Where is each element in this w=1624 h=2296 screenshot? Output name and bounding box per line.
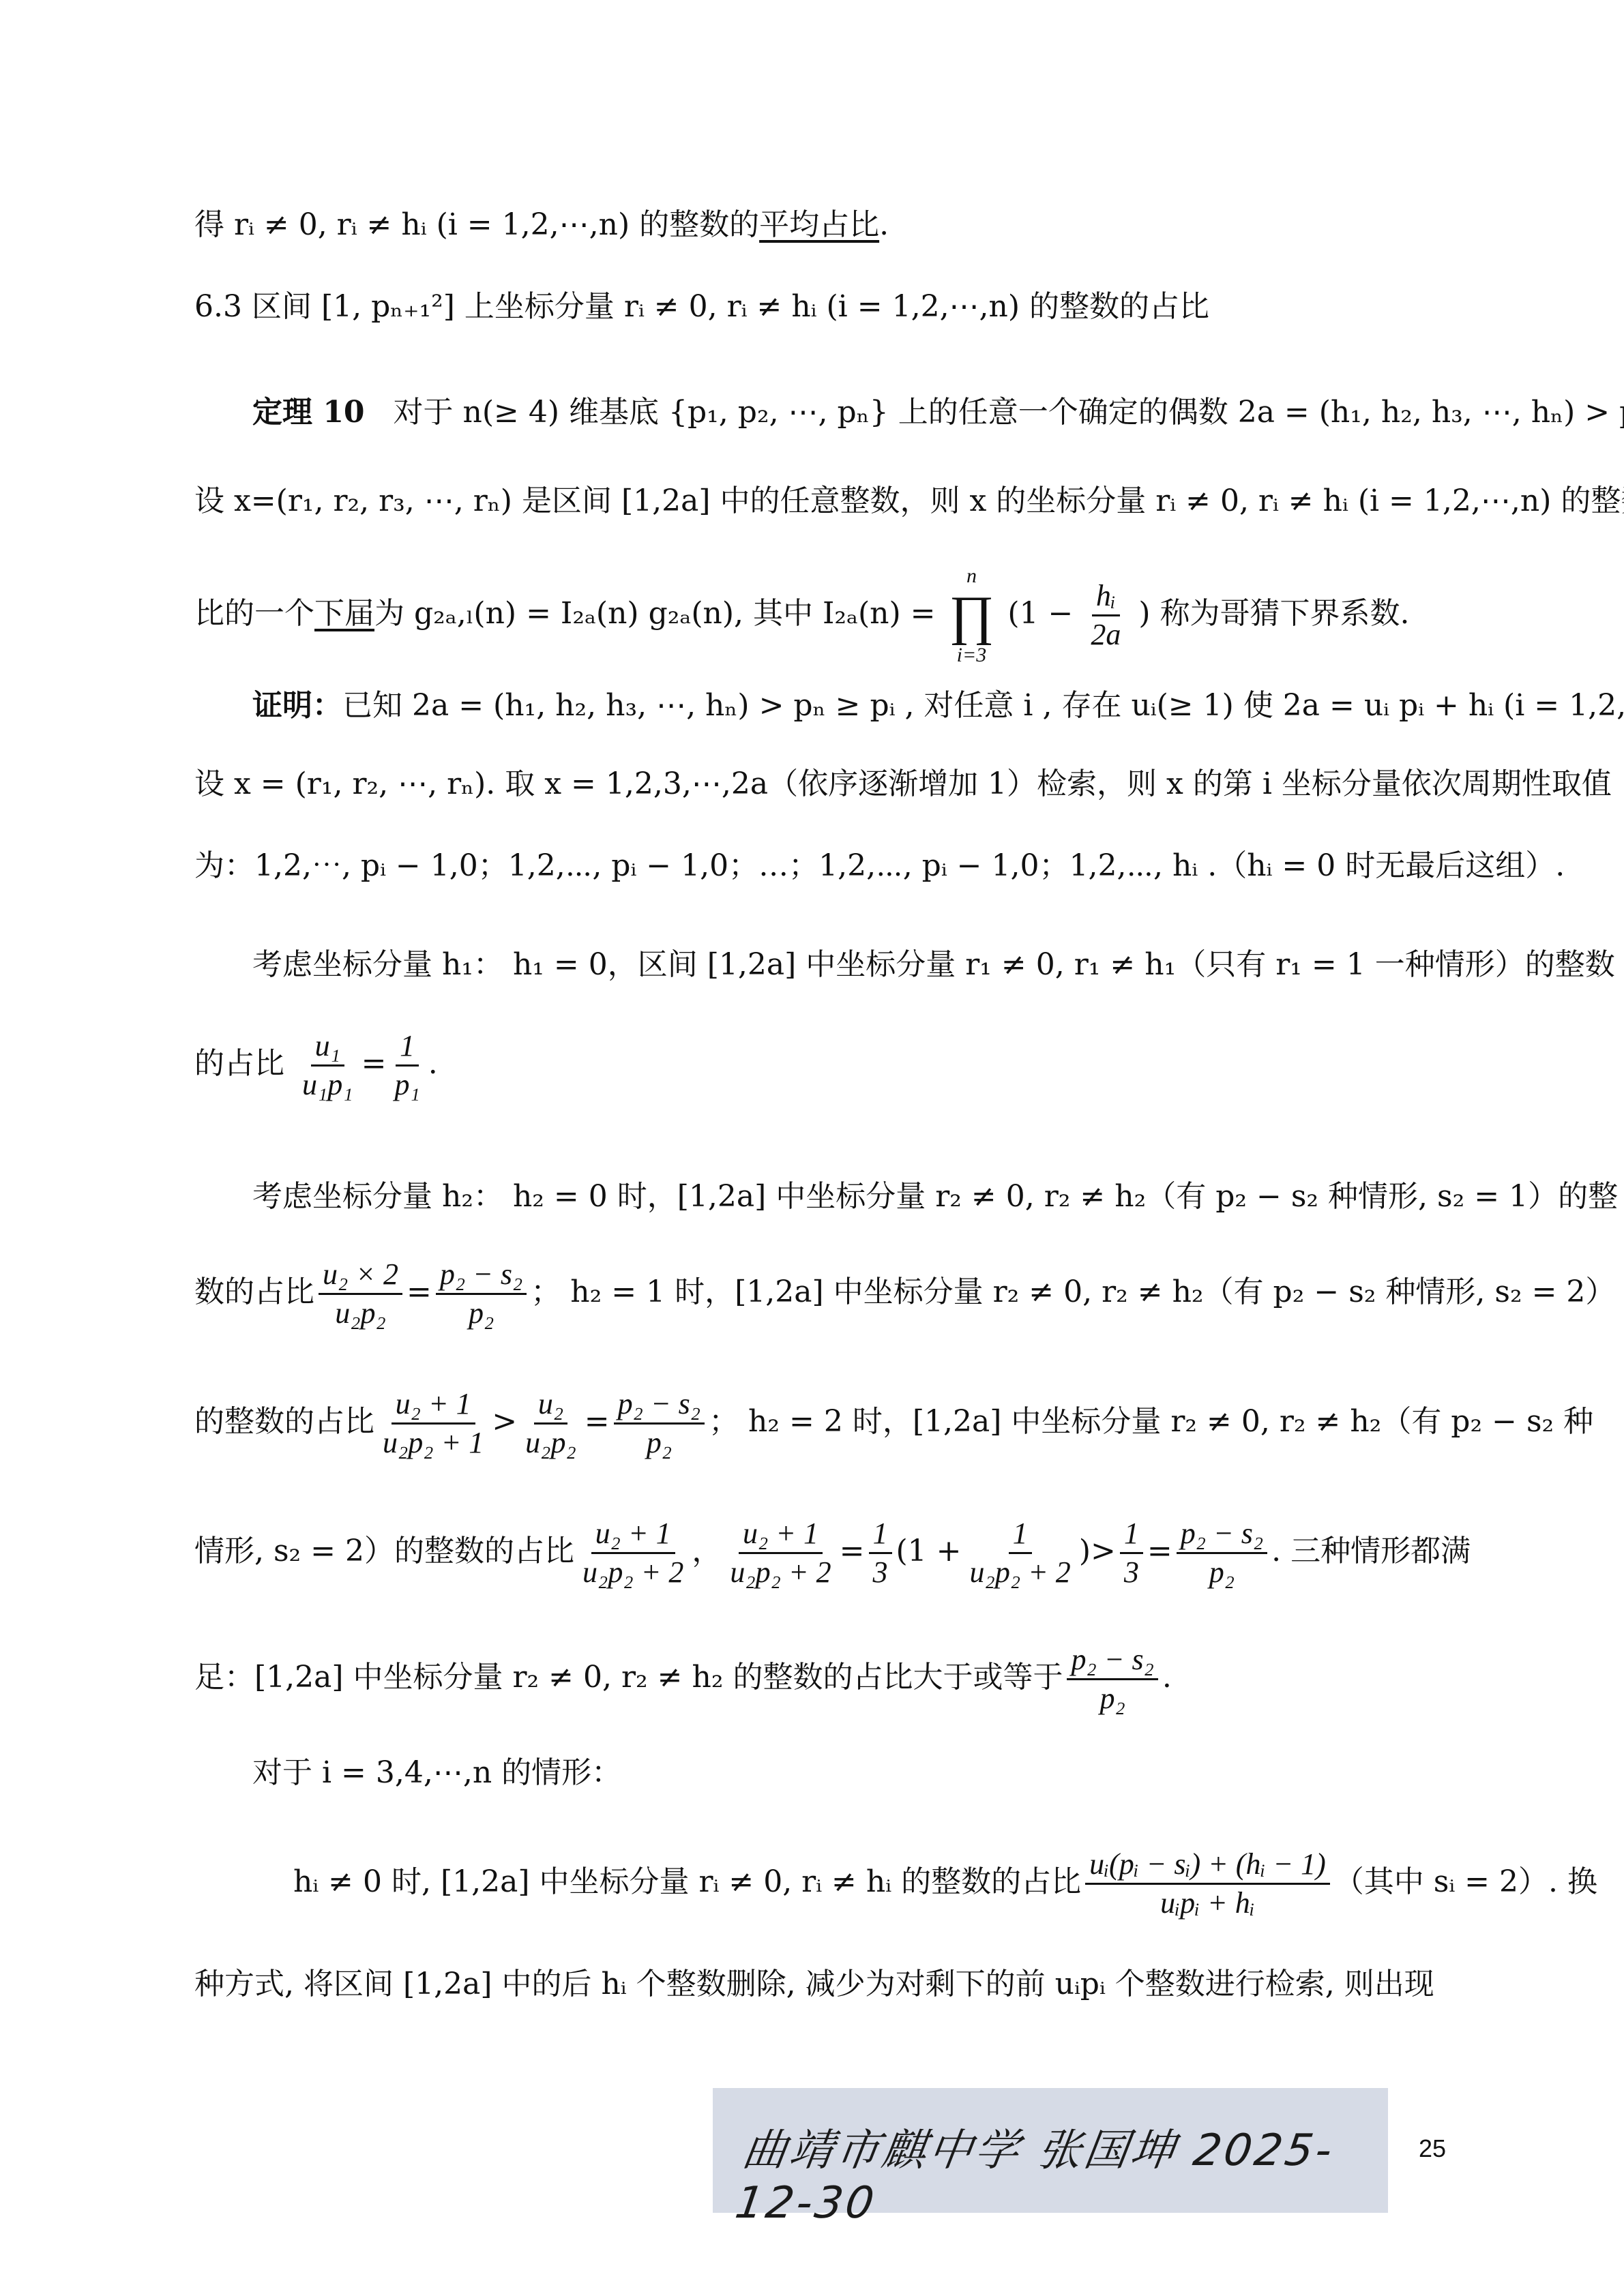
fraction: 1p₁ [390, 1028, 424, 1103]
theorem-10-line-2: 设 x=(r₁, r₂, r₃, ⋯, rₙ) 是区间 [1,2a] 中的任意整… [194, 481, 1443, 522]
fraction: u₂ + 1u₂p₂ + 2 [578, 1515, 688, 1591]
fraction: 13 [1120, 1515, 1143, 1591]
fraction: hᵢ2a [1087, 578, 1125, 653]
proof-line-7: 数的占比u₂ × 2u₂p₂=p₂ − s₂p₂； h₂ = 1 时，[1,2a… [194, 1251, 1443, 1333]
proof-line-13: 种方式, 将区间 [1,2a] 中的后 hᵢ 个整数删除, 减少为对剩下的前 u… [194, 1964, 1443, 2005]
formula-g: 为 g₂ₐ,ₗ(n) = I₂ₐ(n) g₂ₐ(n), 其中 I₂ₐ(n) = [374, 596, 936, 631]
product-operator: n ∏ i=3 [949, 564, 994, 668]
fraction: p₂ − s₂p₂ [1067, 1641, 1157, 1717]
page-number: 25 [1419, 2134, 1446, 2163]
theorem-text: 对于 n(≥ 4) 维基底 {p₁, p₂, ⋯, pₙ} 上的任意一个确定的偶… [394, 395, 1624, 430]
product-symbol: ∏ [949, 588, 994, 643]
fraction: uᵢ(pᵢ − sᵢ) + (hᵢ − 1)uᵢpᵢ + hᵢ [1085, 1846, 1330, 1922]
fraction: p₂ − s₂p₂ [436, 1256, 527, 1332]
fraction: 1u₂p₂ + 2 [966, 1515, 1075, 1591]
fraction: u₂ + 1u₂p₂ + 2 [726, 1515, 835, 1591]
proof-line-1: 证明：已知 2a = (h₁, h₂, h₃, ⋯, hₙ) > pₙ ≥ pᵢ… [252, 685, 1501, 726]
proof-line-9: 情形, s₂ = 2）的整数的占比u₂ + 1u₂p₂ + 2，u₂ + 1u₂… [194, 1510, 1443, 1592]
theorem-label: 定理 10 [252, 395, 365, 430]
line-tail: . [879, 207, 889, 242]
proof-line-6: 考虑坐标分量 h₂： h₂ = 0 时，[1,2a] 中坐标分量 r₂ ≠ 0,… [252, 1176, 1501, 1217]
fraction: u₁u₁p₁ [298, 1028, 357, 1103]
proof-label: 证明： [252, 688, 342, 723]
fraction: p₂ − s₂p₂ [1177, 1515, 1267, 1591]
proof-line-10: 足：[1,2a] 中坐标分量 r₂ ≠ 0, r₂ ≠ h₂ 的整数的占比大于或… [194, 1637, 1443, 1718]
proof-line-12: hᵢ ≠ 0 时, [1,2a] 中坐标分量 rᵢ ≠ 0, rᵢ ≠ hᵢ 的… [293, 1841, 1541, 1923]
proof-line-8: 的整数的占比u₂ + 1u₂p₂ + 1>u₂u₂p₂=p₂ − s₂p₂； h… [194, 1381, 1443, 1463]
fraction: u₂u₂p₂ [521, 1386, 580, 1461]
proof-line-3: 为：1,2,⋯, pᵢ − 1,0；1,2,⋯, pᵢ − 1,0；…；1,2,… [194, 846, 1443, 886]
theorem-10-line-1: 定理 10 对于 n(≥ 4) 维基底 {p₁, p₂, ⋯, pₙ} 上的任意… [252, 392, 1501, 433]
section-heading-6-3: 6.3 区间 [1, pₙ₊₁²] 上坐标分量 rᵢ ≠ 0, rᵢ ≠ hᵢ … [194, 286, 1443, 327]
signature-text: 曲靖市麒中学 张国坤 2025-12-30 [732, 2115, 1396, 2228]
line-tail: 称为哥猜下界系数. [1160, 596, 1410, 631]
section-heading-text: 6.3 区间 [1, pₙ₊₁²] 上坐标分量 rᵢ ≠ 0, rᵢ ≠ hᵢ … [194, 289, 1209, 324]
line-prefix: 比的一个 [194, 596, 314, 631]
proof-text: 已知 2a = (h₁, h₂, h₃, ⋯, hₙ) > pₙ ≥ pᵢ , … [342, 688, 1624, 723]
line-text: 设 x=(r₁, r₂, r₃, ⋯, rₙ) 是区间 [1,2a] 中的任意整… [194, 483, 1624, 518]
fraction: u₂ + 1u₂p₂ + 1 [379, 1386, 488, 1461]
fraction: 13 [869, 1515, 892, 1591]
proof-line-4: 考虑坐标分量 h₁： h₁ = 0，区间 [1,2a] 中坐标分量 r₁ ≠ 0… [252, 944, 1501, 985]
proof-line-11: 对于 i = 3,4,⋯,n 的情形： [252, 1753, 1501, 1793]
fraction: u₂ × 2u₂p₂ [319, 1256, 402, 1332]
line-text: 得 rᵢ ≠ 0, rᵢ ≠ hᵢ (i = 1,2,⋯,n) 的整数的 [194, 207, 759, 242]
handwritten-signature: 曲靖市麒中学 张国坤 2025-12-30 [713, 2088, 1388, 2213]
theorem-10-line-3: 比的一个下届为 g₂ₐ,ₗ(n) = I₂ₐ(n) g₂ₐ(n), 其中 I₂ₐ… [194, 559, 1443, 668]
proof-line-2: 设 x = (r₁, r₂, ⋯, rₙ). 取 x = 1,2,3,⋯,2a（… [194, 764, 1443, 805]
fraction: p₂ − s₂p₂ [614, 1386, 705, 1461]
underlined-term: 平均占比 [759, 207, 879, 242]
text-line-1: 得 rᵢ ≠ 0, rᵢ ≠ hᵢ (i = 1,2,⋯,n) 的整数的平均占比… [194, 205, 1443, 245]
proof-line-5: 的占比 u₁u₁p₁=1p₁. [194, 1023, 1443, 1105]
underlined-term: 下届 [314, 596, 374, 631]
